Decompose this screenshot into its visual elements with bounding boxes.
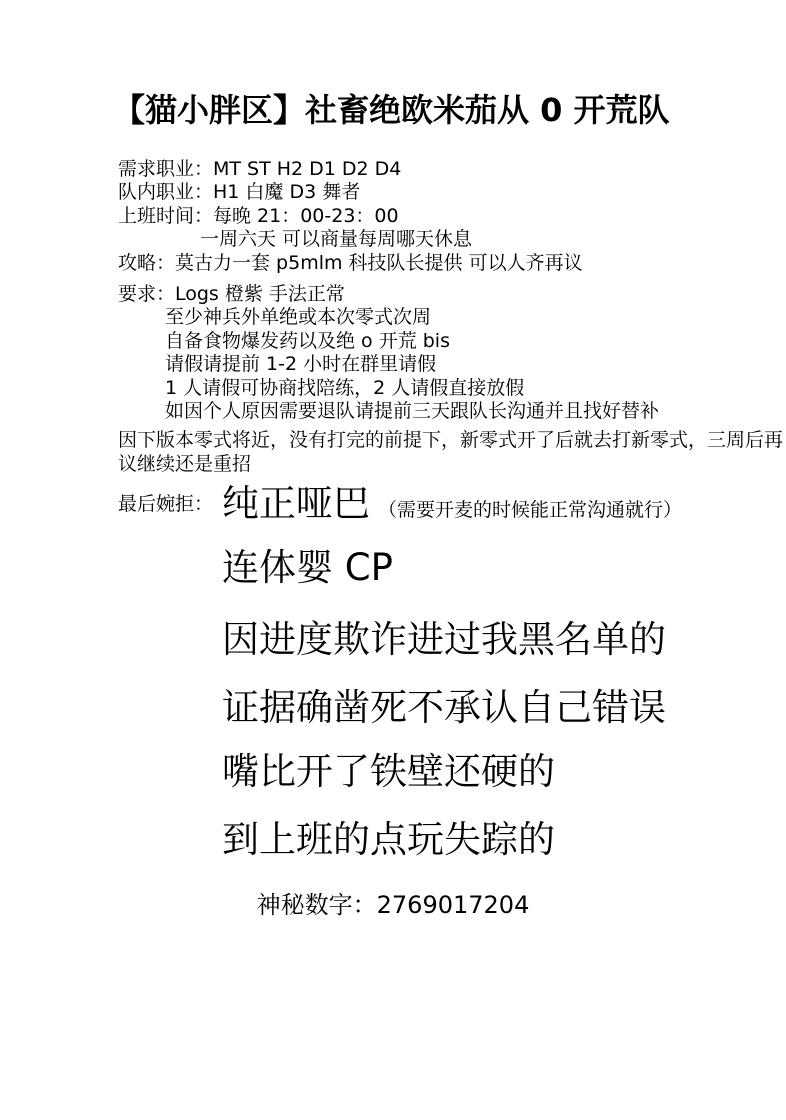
reject-item: 嘴比开了铁壁还硬的 <box>222 749 555 795</box>
roster-info-block: 需求职业：MT ST H2 D1 D2 D4 队内职业：H1 白魔 D3 舞者 … <box>118 158 583 275</box>
version-note-line: 议继续还是重招 <box>118 452 783 476</box>
document-page: 【猫小胖区】社畜绝欧米茄从 0 开荒队 需求职业：MT ST H2 D1 D2 … <box>0 0 786 1120</box>
schedule-detail-line: 一周六天 可以商量每周哪天休息 <box>118 228 583 251</box>
reject-item: 证据确凿死不承认自己错误 <box>222 685 666 731</box>
page-title: 【猫小胖区】社畜绝欧米茄从 0 开荒队 <box>113 88 670 132</box>
mystery-number-line: 神秘数字：2769017204 <box>0 890 786 920</box>
version-note-block: 因下版本零式将近，没有打完的前提下，新零式开了后就去打新零式，三周后再 议继续还… <box>118 428 783 476</box>
needed-jobs-line: 需求职业：MT ST H2 D1 D2 D4 <box>118 158 583 181</box>
current-jobs-line: 队内职业：H1 白魔 D3 舞者 <box>118 181 583 204</box>
schedule-line: 上班时间：每晚 21：00-23：00 <box>118 205 583 228</box>
requirement-line: 要求：Logs 橙紫 手法正常 <box>118 283 659 306</box>
requirements-block: 要求：Logs 橙紫 手法正常 至少神兵外单绝或本次零式次周 自备食物爆发药以及… <box>118 283 659 423</box>
strategy-line: 攻略：莫古力一套 p5mlm 科技队长提供 可以人齐再议 <box>118 252 583 275</box>
requirement-line: 自备食物爆发药以及绝 o 开荒 bis <box>118 330 659 353</box>
reject-item-mute: 纯正哑巴（需要开麦的时候能正常沟通就行） <box>222 481 682 533</box>
requirement-line: 请假请提前 1-2 小时在群里请假 <box>118 353 659 376</box>
reject-item-text: 纯正哑巴 <box>222 482 370 525</box>
reject-section-label: 最后婉拒： <box>118 493 213 516</box>
reject-item-note: （需要开麦的时候能正常沟通就行） <box>370 499 682 521</box>
reject-item: 到上班的点玩失踪的 <box>222 817 555 863</box>
reject-item: 因进度欺诈进过我黑名单的 <box>222 617 666 663</box>
version-note-line: 因下版本零式将近，没有打完的前提下，新零式开了后就去打新零式，三周后再 <box>118 428 783 452</box>
requirement-line: 至少神兵外单绝或本次零式次周 <box>118 306 659 329</box>
reject-item: 连体婴 CP <box>222 545 393 591</box>
requirement-line: 如因个人原因需要退队请提前三天跟队长沟通并且找好替补 <box>118 400 659 423</box>
requirement-line: 1 人请假可协商找陪练，2 人请假直接放假 <box>118 377 659 400</box>
